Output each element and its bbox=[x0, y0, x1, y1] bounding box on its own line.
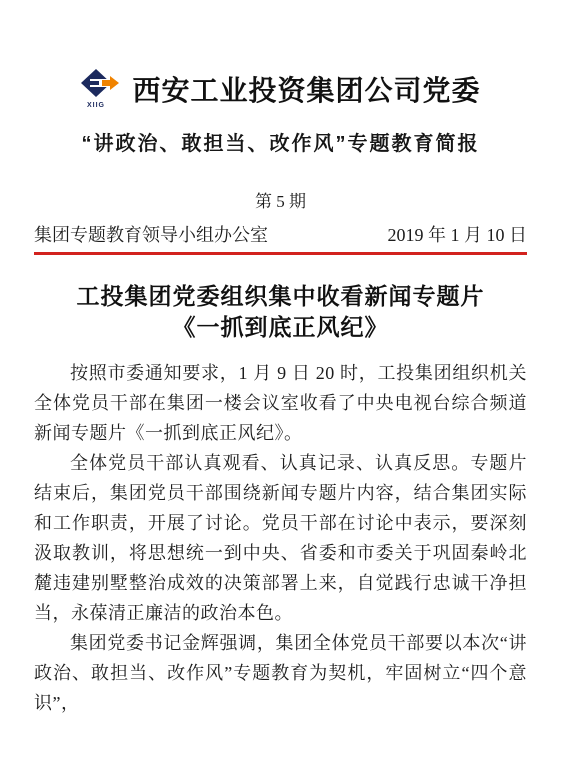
paragraph: 集团党委书记金辉强调，集团全体党员干部要以本次“讲政治、敢担当、改作风”专题教育… bbox=[34, 628, 527, 718]
org-title: 西安工业投资集团公司党委 bbox=[132, 69, 480, 109]
masthead: 第 5 期 集团专题教育领导小组办公室 2019 年 1 月 10 日 bbox=[34, 190, 527, 255]
issue-number: 第 5 期 bbox=[34, 190, 527, 214]
article-body: 按照市委通知要求，1 月 9 日 20 时，工投集团组织机关全体党员干部在集团一… bbox=[34, 358, 527, 718]
paragraph: 按照市委通知要求，1 月 9 日 20 时，工投集团组织机关全体党员干部在集团一… bbox=[34, 358, 527, 448]
document-header: XIIG 西安工业投资集团公司党委 “讲政治、敢担当、改作风”专题教育简报 bbox=[34, 68, 527, 158]
logo-bar bbox=[90, 81, 99, 85]
masthead-row: 集团专题教育领导小组办公室 2019 年 1 月 10 日 bbox=[34, 222, 527, 255]
article-title-line1: 工投集团党委组织集中收看新闻专题片 bbox=[77, 284, 485, 309]
logo-caption-text: XIIG bbox=[87, 102, 105, 109]
paragraph: 全体党员干部认真观看、认真记录、认真反思。专题片结束后，集团党员干部围绕新闻专题… bbox=[34, 448, 527, 628]
bulletin-page: XIIG 西安工业投资集团公司党委 “讲政治、敢担当、改作风”专题教育简报 第 … bbox=[0, 0, 561, 767]
article-title: 工投集团党委组织集中收看新闻专题片 《一抓到底正风纪》 bbox=[34, 281, 527, 343]
article: 工投集团党委组织集中收看新闻专题片 《一抓到底正风纪》 按照市委通知要求，1 月… bbox=[34, 281, 527, 718]
org-title-row: XIIG 西安工业投资集团公司党委 bbox=[34, 68, 527, 110]
xiig-logo-icon: XIIG bbox=[80, 68, 120, 110]
issue-date: 2019 年 1 月 10 日 bbox=[388, 222, 528, 248]
article-title-line2: 《一抓到底正风纪》 bbox=[173, 315, 389, 340]
issuing-office: 集团专题教育领导小组办公室 bbox=[34, 222, 268, 248]
page-content: XIIG 西安工业投资集团公司党委 “讲政治、敢担当、改作风”专题教育简报 第 … bbox=[0, 68, 561, 718]
bulletin-title: “讲政治、敢担当、改作风”专题教育简报 bbox=[34, 130, 527, 158]
